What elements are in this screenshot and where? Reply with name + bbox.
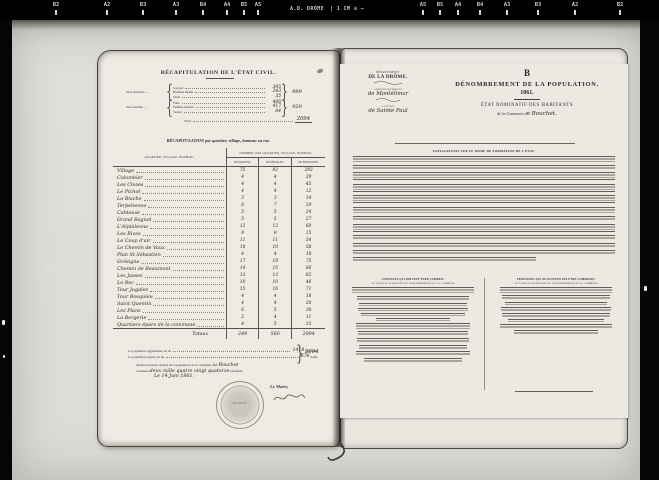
quartier-name: Tour Bosquieu	[117, 294, 153, 300]
ruler-mark: A5	[414, 2, 432, 15]
male-group: Sexe masculin . . . { Garçons395Hommes m…	[126, 85, 318, 99]
count-personnes: 14	[292, 195, 325, 202]
maire-label: Le Maire,	[270, 384, 289, 389]
row-label: Filles	[173, 101, 180, 105]
recap-table: QUARTIER, VILLAGE, HAMEAU. NOMBRE, PAR Q…	[113, 148, 325, 339]
table-row: Les Jasses131362	[113, 272, 325, 279]
dot-leader	[141, 263, 224, 264]
dot-leader	[193, 121, 293, 122]
dot-leader	[185, 88, 265, 89]
totals-row: Totaux2495602094	[113, 329, 325, 340]
table-row: Les Rives9915	[113, 230, 325, 237]
ruler-mark: B2	[47, 2, 65, 15]
ruler-mark: A2	[566, 2, 584, 15]
quartier-name: Le Chemin de Vaux	[117, 245, 165, 251]
count-personnes: 15	[292, 230, 325, 237]
fine-print-paragraph	[356, 351, 471, 356]
quartier-name: Les Rives	[117, 231, 141, 237]
count-maisons: 17	[227, 258, 259, 265]
ruler-mark: B4	[194, 2, 212, 15]
table-row: Quartiers épars de la commune4515	[113, 321, 325, 329]
ruler-mark: A4	[218, 2, 236, 15]
count-menages: 4	[259, 174, 292, 181]
included-header: INDIVIDUS QUI DOIVENT ÊTRE COMPRIS AU TA…	[352, 278, 474, 285]
count-menages: 7	[259, 202, 292, 209]
count-maisons: 5	[227, 216, 259, 223]
count-maisons: 15	[227, 286, 259, 293]
count-menages: 5	[259, 321, 292, 329]
table-row: L'Alpinienne131260	[113, 223, 325, 230]
table-row: Colombier4429	[113, 174, 325, 181]
ruler-mark: A5	[249, 2, 267, 15]
dot-leader	[150, 291, 224, 292]
agglo-label: La population agglomérée est de	[128, 349, 171, 353]
microfilm-scan: A.D. DROME | 1 CM ≡ — B2A2B3A3B4A4B5A5A5…	[0, 0, 659, 480]
etat-civil-row: Veuves64	[173, 109, 281, 114]
ruler-tick	[479, 10, 481, 15]
fine-print-paragraph	[353, 184, 615, 193]
count-menages: 4	[259, 314, 292, 321]
count-personnes: 292	[292, 167, 325, 175]
department-block: DÉPARTEMENT DE LA DRÔME. ARRONDISSEMENT …	[348, 71, 428, 114]
count-menages: 16	[259, 286, 292, 293]
count-personnes: 18	[292, 251, 325, 258]
fine-print-paragraph	[353, 207, 615, 214]
ruler-mark: B2	[611, 2, 629, 15]
ruler-tick	[175, 10, 177, 15]
stamp-text: MAIRIE	[217, 401, 263, 405]
dot-leader	[136, 172, 224, 173]
count-menages: 18	[259, 258, 292, 265]
count-maisons: 75	[227, 167, 259, 175]
count-menages: 5	[259, 307, 292, 314]
count-personnes: 58	[292, 244, 325, 251]
commune-label: de la Commune d	[497, 111, 526, 116]
fine-print-paragraph	[502, 295, 610, 300]
quartier-name: Terpelienne	[117, 203, 146, 209]
table-row: Tour Jugales151671	[113, 286, 325, 293]
fine-print-paragraph	[353, 216, 615, 221]
included-subheader: AU TABLEAU NOMINATIF DU DÉNOMBREMENT DE …	[352, 282, 474, 285]
female-group: Sexe féminin . . . { Filles466Femmes mar…	[126, 100, 318, 114]
contenant-label: contenant	[136, 369, 149, 373]
fine-print-paragraph	[353, 250, 615, 254]
dot-leader	[145, 179, 224, 180]
count-menages: 4	[259, 188, 292, 195]
header-rule	[395, 143, 575, 144]
register-left-page: RÉCAPITULATION DE L'ÉTAT CIVIL. Sexe mas…	[97, 50, 340, 447]
count-maisons: 6	[227, 202, 259, 209]
table-row: Le Pichot4412	[113, 188, 325, 195]
excluded-persons-column: PERSONNES QUI NE DOIVENT PAS ÊTRE COMPRI…	[496, 278, 616, 335]
included-persons-column: INDIVIDUS QUI DOIVENT ÊTRE COMPRIS AU TA…	[352, 278, 474, 363]
count-maisons: 6	[227, 307, 259, 314]
count-menages: 4	[259, 251, 292, 258]
count-personnes: 62	[292, 272, 325, 279]
count-personnes: 27	[292, 216, 325, 223]
fine-print-paragraph	[353, 235, 615, 240]
imprint-text-line	[515, 391, 593, 393]
ruler-mark: B3	[134, 2, 152, 15]
etat-civil-row: Veufs35	[173, 94, 281, 99]
quartier-name: Colombier	[117, 175, 143, 181]
etat-civil-total-line: Total 2094	[184, 116, 312, 123]
commune-value: e Bouchet.	[527, 111, 557, 117]
table-row: Tour Bosquieu4418	[113, 293, 325, 300]
film-edge-speck	[3, 355, 5, 358]
date-line: Le 14 Juin 1861.	[154, 374, 194, 379]
count-personnes: 11	[292, 314, 325, 321]
ruler-mark: B3	[529, 2, 547, 15]
table-row: Le Bec101046	[113, 279, 325, 286]
fine-print-paragraph	[356, 323, 471, 329]
count-menages: 12	[259, 223, 292, 230]
dot-leader	[166, 357, 298, 358]
table-row: Le Chemin de Vaux101058	[113, 244, 325, 251]
count-personnes: 12	[292, 188, 325, 195]
quartier-name: L'Alpinienne	[117, 224, 148, 230]
table-row: Terpelienne6729	[113, 202, 325, 209]
table-row: Plan St Sébastien4418	[113, 251, 325, 258]
table-row: Grand Bagnol5527	[113, 216, 325, 223]
count-personnes: 18	[292, 293, 325, 300]
fine-print-paragraph	[357, 296, 469, 301]
dot-leader	[143, 235, 224, 236]
commune-line: de la Commune de Bouchet.	[432, 111, 622, 117]
count-menages: 11	[259, 237, 292, 244]
row-label: Veufs	[173, 95, 180, 99]
count-personnes: 24	[292, 209, 325, 216]
excluded-subheader: AU TABLEAU NOMINATIF DU DÉNOMBREMENT DE …	[496, 282, 616, 285]
dot-leader	[195, 92, 265, 93]
quartier-name: Tour Jugales	[117, 287, 148, 293]
dot-leader	[173, 270, 225, 271]
count-menages: 5	[259, 216, 292, 223]
fine-print-paragraph	[514, 330, 598, 335]
page-curl	[326, 441, 354, 463]
fine-print-paragraph	[376, 318, 449, 321]
table-row: Les Plans6530	[113, 307, 325, 314]
dot-leader	[182, 97, 265, 98]
count-personnes: 29	[292, 202, 325, 209]
arrondissement-value: de Montélimar	[348, 91, 428, 97]
ruler-mark: A3	[498, 2, 516, 15]
dot-leader	[167, 249, 224, 250]
count-maisons: 14	[227, 265, 259, 272]
etat-civil-recap: Sexe masculin . . . { Garçons395Hommes m…	[126, 85, 318, 123]
dot-leader	[153, 242, 225, 243]
fine-print-paragraph	[353, 243, 615, 248]
dot-leader	[184, 112, 265, 113]
dust-speck	[72, 350, 74, 352]
row-label: Hommes mariés	[173, 90, 193, 94]
dot-leader	[173, 351, 290, 352]
flourish-line	[375, 98, 401, 102]
fine-print-paragraph	[357, 338, 469, 343]
fine-print-paragraph	[500, 324, 613, 328]
total-value: 2094	[295, 116, 312, 123]
canton-value: de Sainte Paul	[348, 108, 428, 114]
table-row: La Bergerie2411	[113, 314, 325, 321]
form-year: 1861.	[432, 90, 622, 96]
film-edge-speck	[2, 320, 5, 325]
fine-print-paragraph	[358, 308, 468, 311]
count-personnes: 71	[292, 286, 325, 293]
count-maisons: 13	[227, 272, 259, 279]
total-personnes: 2094	[292, 329, 325, 340]
fine-print-paragraph	[500, 287, 613, 293]
ruler-tick	[142, 10, 144, 15]
quartier-name: La Blache	[117, 196, 142, 202]
count-maisons: 4	[227, 174, 259, 181]
fine-print-paragraph	[353, 165, 615, 170]
population-summary: La population agglomérée est de 1418 hab…	[128, 348, 318, 359]
fine-print-paragraph	[353, 224, 615, 233]
count-menages: 9	[259, 230, 292, 237]
ruler-mark: B5	[431, 2, 449, 15]
row-label: Femmes mariées	[173, 105, 194, 109]
col-header-quartier: QUARTIER, VILLAGE, HAMEAU.	[113, 148, 227, 167]
quartier-name: Grésigne	[117, 259, 139, 265]
quartier-name: Saint Quentin	[117, 301, 151, 307]
open-brace: {	[166, 96, 173, 118]
dot-leader	[196, 107, 265, 108]
ruler-tick	[106, 10, 108, 15]
count-personnes: 66	[292, 265, 325, 272]
ruler-tick	[257, 10, 259, 15]
col-header-nombre: NOMBRE, PAR QUARTIER, VILLAGE, HAMEAU.	[227, 148, 325, 158]
col-header-personnes: DE PERSONNES.	[292, 158, 325, 167]
dot-leader	[144, 200, 224, 201]
form-letter: B	[432, 68, 622, 78]
dot-leader	[163, 256, 224, 257]
total-maisons: 249	[227, 329, 259, 340]
count-maisons: 9	[227, 230, 259, 237]
count-maisons: 4	[227, 321, 259, 329]
dot-leader	[142, 193, 224, 194]
fine-print-paragraph	[359, 345, 466, 349]
close-brace: }	[281, 96, 288, 118]
count-menages: 10	[259, 244, 292, 251]
male-group-label: Sexe masculin . . .	[126, 90, 166, 94]
arrete-commune: u Bouchet	[214, 363, 239, 368]
count-personnes: 15	[292, 321, 325, 329]
quartier-name: Village	[117, 168, 134, 174]
quartier-name: Les Plans	[117, 308, 141, 314]
form-title: DÉNOMBREMENT DE LA POPULATION.	[432, 81, 622, 88]
dot-leader	[153, 305, 224, 306]
arrete-paragraph: Arrêté le présent tableau de la populati…	[136, 363, 316, 380]
row-value: 64	[267, 109, 281, 114]
mayor-stamp: MAIRIE	[216, 381, 264, 429]
count-maisons: 13	[227, 223, 259, 230]
table-row: La Blache3314	[113, 195, 325, 202]
mayor-signature	[272, 392, 306, 404]
table-row: Saint Quentin4420	[113, 300, 325, 307]
count-maisons: 4	[227, 293, 259, 300]
table-row: Le Coup d'air111154	[113, 237, 325, 244]
quartier-name: Quartiers épars de la commune	[117, 322, 195, 328]
fine-print-paragraph	[501, 307, 611, 311]
ruler-tick	[226, 10, 228, 15]
recap-table-title: RÉCAPITULATION par quartier, village, ha…	[98, 138, 339, 143]
total-menages: 560	[259, 329, 292, 340]
fine-print-paragraph	[353, 156, 615, 162]
count-menages: 10	[259, 279, 292, 286]
ruler-mark: A3	[167, 2, 185, 15]
ruler-tick	[422, 10, 424, 15]
eparse-line: La population éparse est de 676 habit.	[128, 353, 318, 358]
contenant-unit: habitants.	[230, 369, 243, 373]
fine-print-paragraph	[352, 287, 474, 294]
count-maisons: 10	[227, 244, 259, 251]
departement-name: DE LA DRÔME.	[348, 75, 428, 80]
col-header-maisons: DE MAISONS.	[227, 158, 259, 167]
quartier-name: La Bergerie	[117, 315, 146, 321]
ruler-tick	[439, 10, 441, 15]
count-personnes: 46	[292, 279, 325, 286]
count-personnes: 29	[292, 174, 325, 181]
ruler-tick	[457, 10, 459, 15]
quartier-name: Plan St Sébastien	[117, 252, 161, 258]
count-maisons: 2	[227, 314, 259, 321]
form-title-block: B DÉNOMBREMENT DE LA POPULATION. 1861. É…	[432, 68, 622, 117]
table-row: Village7592292	[113, 167, 325, 175]
ruler-mark: A4	[449, 2, 467, 15]
total-label: Total	[184, 119, 191, 123]
ornament-rule	[206, 78, 234, 82]
explanations-text	[353, 156, 615, 264]
fine-print-paragraph	[358, 331, 468, 336]
dot-leader	[145, 277, 225, 278]
quartier-name: Chemin de Beaumont	[117, 266, 171, 272]
table-row: Cablouse5524	[113, 209, 325, 216]
fine-print-paragraph	[353, 195, 615, 204]
summary-total: 2094	[305, 349, 319, 355]
film-ruler-bar: A.D. DROME | 1 CM ≡ — B2A2B3A3B4A4B5A5A5…	[0, 0, 659, 20]
table-row: Les Clozes4445	[113, 181, 325, 188]
dot-leader	[142, 214, 224, 215]
dot-leader	[197, 326, 224, 327]
dot-leader	[145, 186, 224, 187]
count-menages: 4	[259, 181, 292, 188]
female-total: 929	[288, 104, 306, 110]
arrete-intro: Arrêté le présent tableau de la populati…	[136, 363, 214, 367]
fine-print-paragraph	[508, 319, 604, 322]
table-row: Chemin de Beaumont141566	[113, 265, 325, 272]
fine-print-paragraph	[361, 313, 465, 316]
dust-speck	[64, 210, 66, 212]
col-header-menages: DE MÉNAGES.	[259, 158, 292, 167]
ruler-tick	[506, 10, 508, 15]
ruler-tick	[243, 10, 245, 15]
count-menages: 15	[259, 265, 292, 272]
count-menages: 4	[259, 293, 292, 300]
printer-imprint	[498, 391, 610, 393]
count-maisons: 4	[227, 188, 259, 195]
dot-leader	[150, 228, 224, 229]
column-divider	[484, 278, 485, 390]
summary-brace: }	[296, 341, 304, 365]
count-personnes: 60	[292, 223, 325, 230]
fine-print-paragraph	[364, 358, 462, 363]
eparse-unit: habit.	[311, 355, 318, 359]
dot-leader	[148, 319, 224, 320]
count-menages: 5	[259, 209, 292, 216]
ruler-tick	[574, 10, 576, 15]
eparse-label: La population éparse est de	[128, 355, 164, 359]
dot-leader	[136, 284, 224, 285]
totals-label: Totaux	[113, 329, 227, 340]
dot-leader	[148, 207, 224, 208]
count-personnes: 75	[292, 258, 325, 265]
row-value: 35	[267, 94, 281, 99]
count-personnes: 30	[292, 307, 325, 314]
archive-label: A.D. DROME	[290, 6, 324, 12]
quartier-name: Le Pichot	[117, 189, 140, 195]
count-maisons: 4	[227, 251, 259, 258]
quartier-name: Les Clozes	[117, 182, 143, 188]
fine-print-paragraph	[359, 303, 466, 306]
quartier-name: Grand Bagnol	[117, 217, 151, 223]
dot-leader	[153, 221, 224, 222]
ruler-mark: B4	[471, 2, 489, 15]
count-maisons: 4	[227, 300, 259, 307]
count-personnes: 45	[292, 181, 325, 188]
quartier-name: Cablouse	[117, 210, 140, 216]
film-edge-speck	[644, 286, 647, 291]
dust-speck	[47, 270, 49, 272]
table-row: Grésigne171875	[113, 258, 325, 265]
fine-print-paragraph	[353, 257, 536, 262]
quartier-name: Le Bec	[117, 280, 134, 286]
excluded-header: PERSONNES QUI NE DOIVENT PAS ÊTRE COMPRI…	[496, 278, 616, 285]
contenant-value: deux mille quatre vingt quatorze	[150, 369, 230, 374]
title-rule	[514, 99, 540, 100]
count-menages: 4	[259, 300, 292, 307]
count-personnes: 54	[292, 237, 325, 244]
female-group-label: Sexe féminin . . .	[126, 105, 166, 109]
count-menages: 13	[259, 272, 292, 279]
count-menages: 3	[259, 195, 292, 202]
form-subtitle: ÉTAT NOMINATIF DES HABITANTS	[432, 103, 622, 108]
etat-civil-title: RÉCAPITULATION DE L'ÉTAT CIVIL.	[98, 70, 339, 76]
row-label: Veuves	[173, 110, 182, 114]
dot-leader	[182, 103, 265, 104]
count-maisons: 11	[227, 237, 259, 244]
count-maisons: 5	[227, 209, 259, 216]
count-maisons: 10	[227, 279, 259, 286]
ruler-tick	[202, 10, 204, 15]
male-total: 999	[288, 89, 306, 95]
dot-leader	[155, 298, 224, 299]
scale-label: | 1 CM ≡ —	[330, 6, 364, 12]
ruler-tick	[619, 10, 621, 15]
dot-leader	[143, 312, 224, 313]
quartier-name: Les Jasses	[117, 273, 143, 279]
fine-print-paragraph	[353, 172, 615, 181]
fine-print-paragraph	[505, 302, 607, 305]
count-maisons: 4	[227, 181, 259, 188]
explanations-title: EXPLICATIONS SUR LE MODE DE FORMATION DE…	[340, 149, 628, 153]
ruler-tick	[537, 10, 539, 15]
row-label: Garçons	[173, 86, 183, 90]
ruler-mark: A2	[98, 2, 116, 15]
count-personnes: 20	[292, 300, 325, 307]
ruler-tick	[55, 10, 57, 15]
census-form-sheet: DÉPARTEMENT DE LA DRÔME. ARRONDISSEMENT …	[340, 64, 629, 418]
count-menages: 92	[259, 167, 292, 175]
